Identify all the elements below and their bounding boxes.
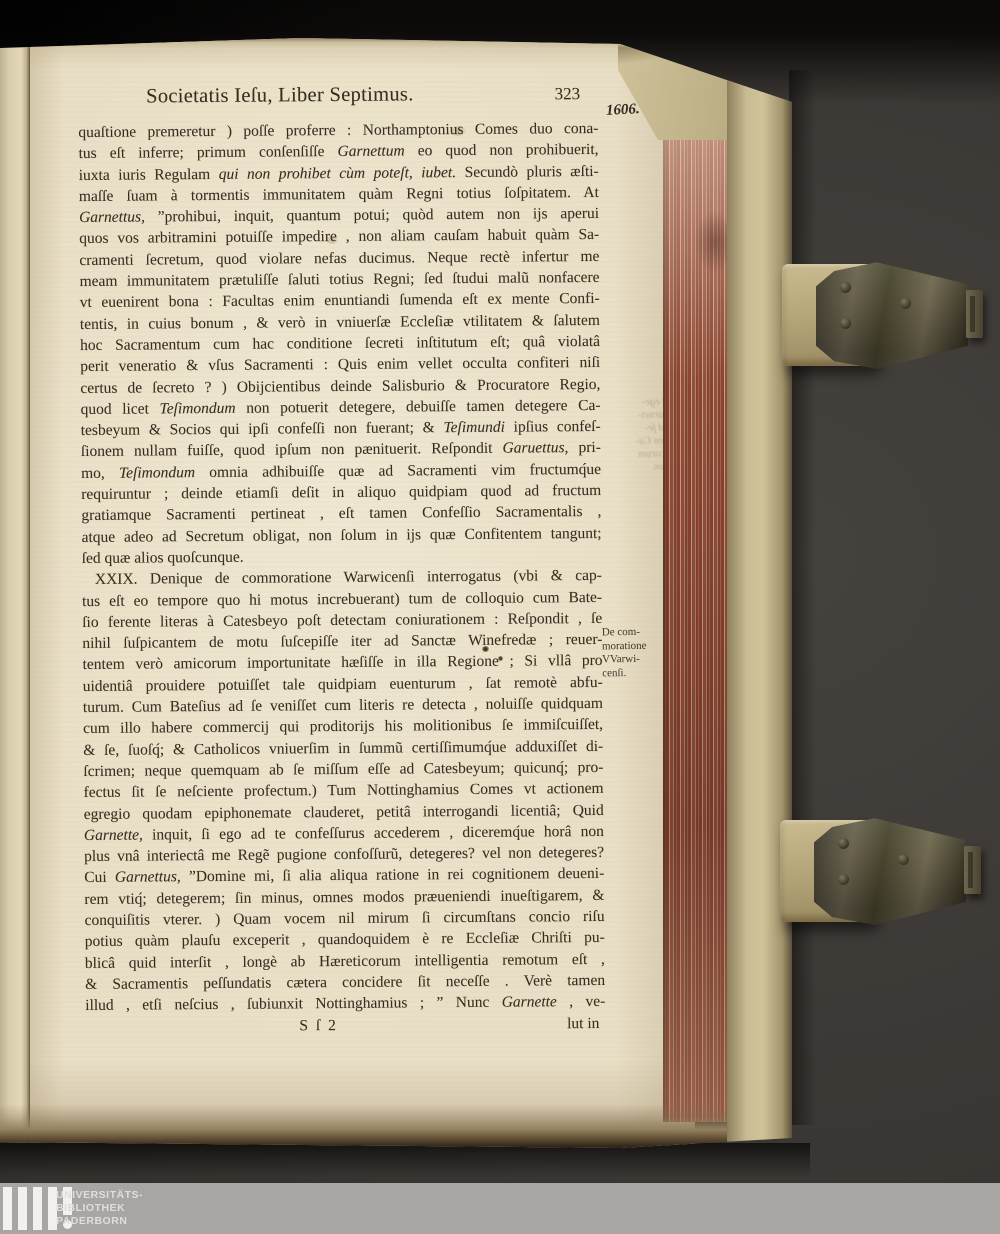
- text-line: ſcrimen; neque quemquam ab ſe miſſum eſſ…: [83, 757, 603, 782]
- text-line: rem vtiq́; detegerem; ſin minus, omnes m…: [84, 885, 604, 910]
- book-cast-shadow-bottom: [0, 1143, 810, 1177]
- text-line: tus eſt inferre; primum conſenſiſſe Garn…: [78, 139, 598, 164]
- text-line: conquiſitis vterer. ) Quam vocem nil mir…: [84, 906, 604, 931]
- text-line: quaſtione premeretur ) poſſe proferre : …: [78, 118, 598, 143]
- library-logo-bar: [33, 1187, 42, 1230]
- clasp-rivet: [838, 874, 849, 885]
- text-line: tentis, in cuius bonum , & verò in vniue…: [80, 310, 600, 335]
- page-number: 323: [555, 84, 581, 104]
- text-line: & Sacramentis peſſundatis cætera concide…: [85, 970, 605, 995]
- text-line: quos vos arbitramini potuiſſe impedire ,…: [79, 224, 599, 249]
- book: Societatis Ieſu, Liber Septimus. 323 qua…: [0, 36, 792, 1148]
- clasp-metal-plate: [814, 816, 966, 926]
- text-line: egregio quodam epiphonemate clauderet, p…: [84, 799, 604, 824]
- book-page: Societatis Ieſu, Liber Septimus. 323 qua…: [30, 36, 695, 1148]
- text-line: maſſe ſuam à tormentis immunitatem quàm …: [79, 182, 599, 207]
- text-line: atque adeo ad Secretum obligat, non ſolu…: [81, 523, 601, 548]
- text-line: illud , etſi neſcius , ſubiunxit Notting…: [85, 991, 605, 1016]
- running-title: Societatis Ieſu, Liber Septimus.: [146, 83, 414, 108]
- text-line: nihil ſuſpicantem de motu ſuſcepiſſe ite…: [82, 629, 602, 654]
- text-line: Cui Garnettus, ”Domine mi, ſi alia aliqu…: [84, 863, 604, 888]
- text-line: Garnettus, ”prohibui, inquit, quantum po…: [79, 203, 599, 228]
- text-line: cramenti ſecretum, quod violare nefas du…: [79, 246, 599, 271]
- page-text-block: Societatis Ieſu, Liber Septimus. 323 qua…: [78, 82, 605, 1040]
- clasp-metal-plate: [816, 260, 968, 370]
- text-line: ſionem nullam fuiſſe, quod ipſum non pæn…: [81, 437, 601, 462]
- vellum-cover-edge: [727, 36, 792, 1148]
- text-line: requiruntur ; deinde etiamſi deſit in al…: [81, 480, 601, 505]
- clasp-rivet: [838, 838, 849, 849]
- text-line: vt euenirent bona : Facultas enim enunti…: [80, 288, 600, 313]
- book-cast-shadow-right: [789, 70, 819, 1125]
- text-line: potius quàm plauſu exceperit , quandoqui…: [85, 927, 605, 952]
- text-line: tus eſt eo tempore quo hi motus increbue…: [82, 586, 602, 611]
- book-bottom-edge: [0, 1104, 727, 1148]
- text-line: XXIX. Denique de commoratione Warwicenſi…: [82, 565, 602, 590]
- margin-year-note: 1606.: [606, 101, 641, 120]
- clasp-rivet: [900, 298, 911, 309]
- paper-stain: [326, 236, 338, 244]
- clasp-rivet: [840, 318, 851, 329]
- metal-clasp-top: [782, 254, 1000, 376]
- text-line: iuxta iuris Regulam qui non prohibet cùm…: [79, 161, 599, 186]
- gathering-signature: S ſ 2: [299, 1015, 338, 1037]
- paper-stain: [450, 126, 466, 136]
- clasp-hook: [966, 290, 983, 338]
- metal-clasp-bottom: [780, 810, 998, 932]
- catchword: lut in: [567, 1013, 599, 1035]
- text-line: blicâ quid interſit , longè ab Hæreticor…: [85, 948, 605, 973]
- text-line: hoc Sacramentum cum hac conditione ſecre…: [80, 331, 600, 356]
- text-line: turum. Cum Bateſius ad ſe veniſſet cum l…: [83, 693, 603, 718]
- text-line: quod licet Teſimondum non potuerit deteg…: [80, 395, 600, 420]
- text-line: ſed quæ alios quoſcunque.: [82, 544, 602, 569]
- clasp-hook: [964, 846, 981, 894]
- library-logo-bar: [18, 1187, 27, 1230]
- red-fore-edge: [663, 136, 727, 1122]
- text-line: tentem verò amicorum importunitate hæſiſ…: [82, 650, 602, 675]
- margin-side-note: De com- moratione VVarwi- cenſi.: [602, 626, 665, 681]
- text-line: uidentiâ prouidere potuiſſet tale quidpi…: [83, 672, 603, 697]
- text-line: cum illo habere commercij qui proditorij…: [83, 714, 603, 739]
- library-logo-bar: [3, 1187, 12, 1230]
- running-header: Societatis Ieſu, Liber Septimus. 323: [78, 82, 598, 114]
- text-line: ſio ferente literas à Catesbeyo poſt det…: [82, 608, 602, 633]
- body-text: quaſtione premeretur ) poſſe proferre : …: [78, 118, 605, 1017]
- text-line: gratiamque Sacramenti pertineat , eſt ta…: [81, 501, 601, 526]
- text-line: tesbeyum & Socios qui ipſi confeſſi non …: [81, 416, 601, 441]
- digitized-book-photo: Societatis Ieſu, Liber Septimus. 323 qua…: [0, 0, 1000, 1234]
- text-line: & ſe, ſuoſq́; & Catholicos vniuerſim in …: [83, 736, 603, 761]
- signature-row: S ſ 2 lut in: [85, 1013, 605, 1039]
- ink-stain: [498, 656, 503, 661]
- text-line: mo, Teſimondum omnia adhibuiſſe quæ ad S…: [81, 459, 601, 484]
- text-line: meam immunitatem prætuliſſe ſaluti totiu…: [79, 267, 599, 292]
- library-watermark-band: UNIVERSITÄTS- BIBLIOTHEK PADERBORN: [0, 1183, 1000, 1234]
- library-name: UNIVERSITÄTS- BIBLIOTHEK PADERBORN: [56, 1189, 143, 1227]
- text-line: Garnette, inquit, ſi ego ad te confeſſur…: [84, 821, 604, 846]
- text-line: perit veneratio & vſus Sacramenti : Quis…: [80, 352, 600, 377]
- text-line: certus de ſecreto ? ) Obijcientibus dein…: [80, 373, 600, 398]
- clasp-rivet: [898, 854, 909, 865]
- clasp-rivet: [840, 282, 851, 293]
- binding-gutter: [0, 36, 30, 1148]
- ink-stain: [482, 646, 489, 652]
- text-line: plus vnâ interiectâ me Regẽ pugione conf…: [84, 842, 604, 867]
- text-line: fectus ſit ſe neſciente profectum.) Tum …: [83, 778, 603, 803]
